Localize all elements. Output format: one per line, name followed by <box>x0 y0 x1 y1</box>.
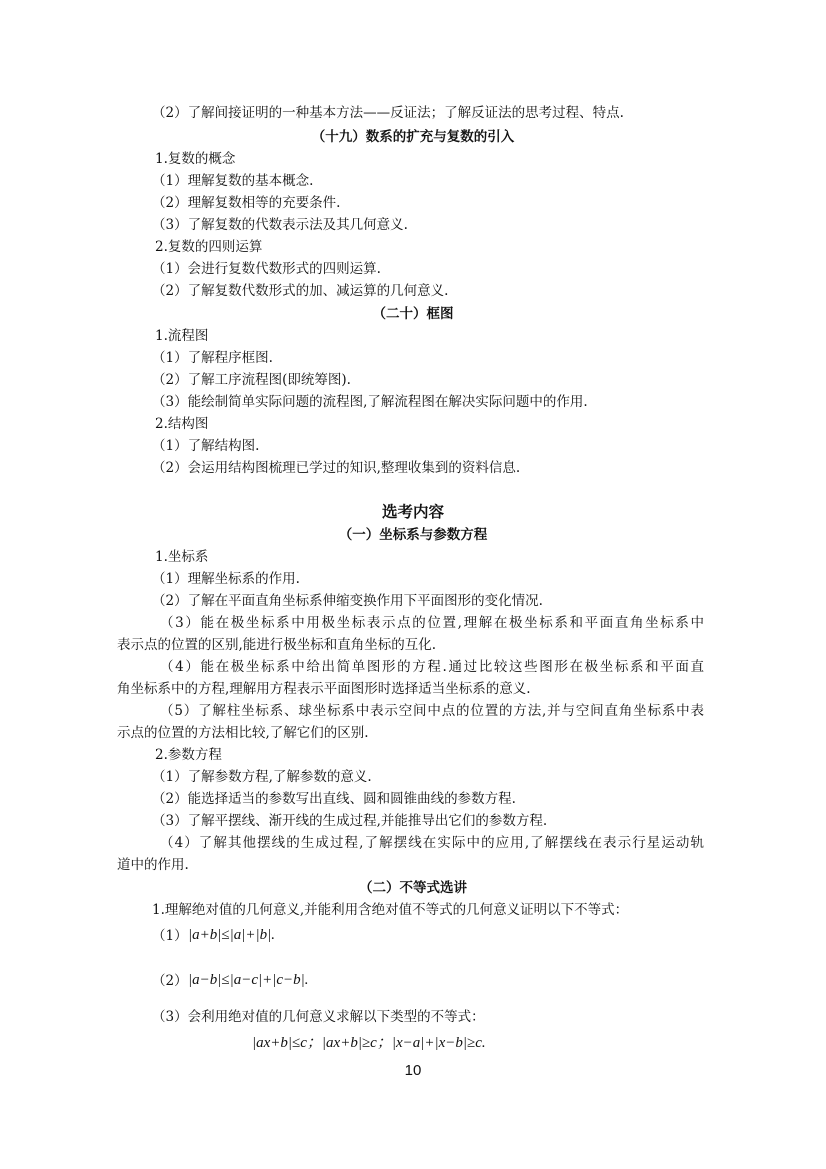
formula-label: （1） <box>152 927 188 945</box>
text-line: （3）了解平摆线、渐开线的生成过程,并能推导出它们的参数方程. <box>152 812 547 830</box>
text-line: （2）了解在平面直角坐标系伸缩变换作用下平面图形的变化情况. <box>152 592 543 610</box>
text-line: 角坐标系中的方程,理解用方程表示平面图形时选择适当坐标系的意义. <box>117 680 531 698</box>
formula-label: （2） <box>152 972 188 990</box>
text-line: （1）了解参数方程,了解参数的意义. <box>152 768 372 786</box>
page-number: 10 <box>0 1062 826 1079</box>
text-line: （3）了解复数的代数表示法及其几何意义. <box>152 216 408 234</box>
text-line: （2）了解间接证明的一种基本方法——反证法；了解反证法的思考过程、特点. <box>152 104 624 122</box>
text-line: 道中的作用. <box>117 856 189 874</box>
formula: |a−b|≤|a−c|+|c−b|. <box>188 971 309 989</box>
text-line: （1）了解程序框图. <box>152 349 273 367</box>
section-heading-20: （二十）框图 <box>0 305 826 323</box>
text-line: 示点的位置的方法相比较,了解它们的区别. <box>117 724 369 742</box>
text-line: （3）能绘制简单实际问题的流程图,了解流程图在解决实际问题中的作用. <box>152 393 588 411</box>
text-line: （4）了解其他摆线的生成过程,了解摆线在实际中的应用,了解摆线在表示行星运动轨 <box>160 834 704 852</box>
text-line: （1）会进行复数代数形式的四则运算. <box>152 260 381 278</box>
subsection-heading: 2.结构图 <box>155 415 208 433</box>
text-line: （2）了解工序流程图(即统筹图). <box>152 371 351 389</box>
text-line: （3）能在极坐标系中用极坐标表示点的位置,理解在极坐标系和平面直角坐标系中 <box>160 614 704 632</box>
text-line: （2）会运用结构图梳理已学过的知识,整理收集到的资料信息. <box>152 459 520 477</box>
text-line: （4）能在极坐标系中给出简单图形的方程.通过比较这些图形在极坐标系和平面直 <box>160 658 704 676</box>
subsection-heading: 1.坐标系 <box>155 548 208 566</box>
section-heading-19: （十九）数系的扩充与复数的引入 <box>0 128 826 146</box>
subsection-heading: 2.参数方程 <box>155 746 222 764</box>
section-heading-1: （一）坐标系与参数方程 <box>0 526 826 544</box>
elective-content-title: 选考内容 <box>0 503 826 521</box>
text-line: （2）能选择适当的参数写出直线、圆和圆锥曲线的参数方程. <box>152 790 516 808</box>
section-heading-2: （二）不等式选讲 <box>0 879 826 897</box>
text-line: 表示点的位置的区别,能进行极坐标和直角坐标的互化. <box>117 636 436 654</box>
formula: |a+b|≤|a|+|b|. <box>188 926 275 944</box>
subsection-heading: 2.复数的四则运算 <box>155 238 262 256</box>
formula: |ax+b|≤c；|ax+b|≥c；|x−a|+|x−b|≥c. <box>252 1034 486 1052</box>
subsection-heading: 1.流程图 <box>155 327 208 345</box>
text-line: （2）了解复数代数形式的加、减运算的几何意义. <box>152 282 448 300</box>
text-line: （1）了解结构图. <box>152 437 259 455</box>
text-line: （1）理解坐标系的作用. <box>152 570 300 588</box>
subsection-heading: 1.复数的概念 <box>155 150 235 168</box>
text-line: （3）会利用绝对值的几何意义求解以下类型的不等式： <box>152 1008 485 1026</box>
text-line: （1）理解复数的基本概念. <box>152 172 313 190</box>
text-line: （5）了解柱坐标系、球坐标系中表示空间中点的位置的方法,并与空间直角坐标系中表 <box>160 702 704 720</box>
text-line: 1.理解绝对值的几何意义,并能利用含绝对值不等式的几何意义证明以下不等式： <box>152 901 628 919</box>
text-line: （2）理解复数相等的充要条件. <box>152 194 340 212</box>
